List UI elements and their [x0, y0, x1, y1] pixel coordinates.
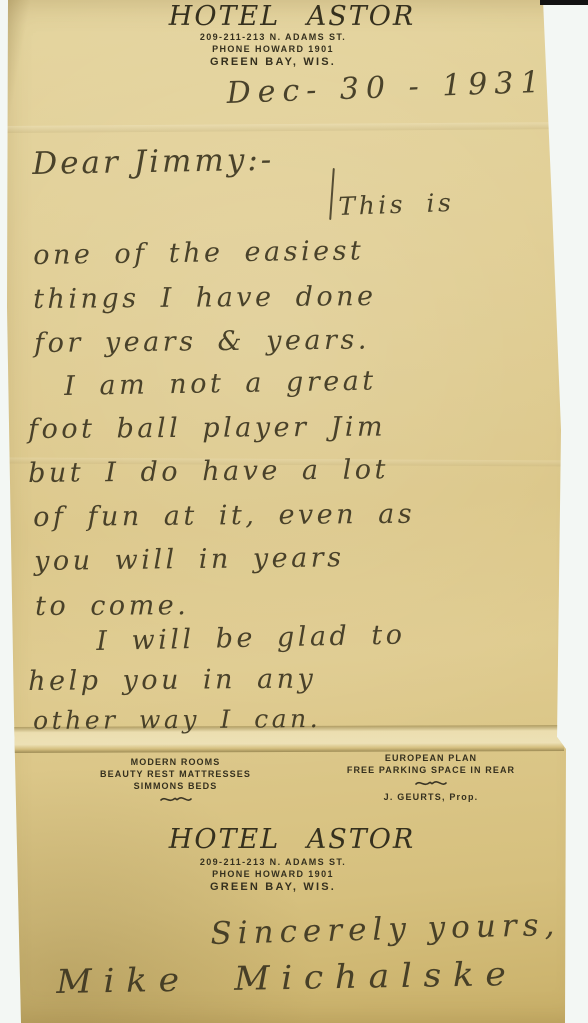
handwriting-line: for years & years.: [34, 324, 370, 359]
footer-amenities-block: MODERN ROOMS BEAUTY REST MATTRESSES SIMM…: [58, 756, 293, 804]
letter-scan: HOTEL ASTOR 209-211-213 N. ADAMS ST. PHO…: [0, 0, 588, 1023]
handwriting-line: I will be glad to: [96, 620, 406, 657]
salutation: Dear Jimmy:-: [32, 142, 275, 182]
footer-plan-block: EUROPEAN PLAN FREE PARKING SPACE IN REAR…: [322, 752, 540, 802]
handwriting-line: to come.: [35, 590, 189, 622]
handwriting-line: one of the easiest: [33, 235, 364, 271]
handwriting-line: you will in years: [34, 542, 345, 577]
handwriting-line: other way I can.: [33, 704, 321, 735]
signature: Mike Michalske: [56, 954, 518, 1001]
footer-line: FREE PARKING SPACE IN REAR: [322, 764, 540, 776]
handwriting-line: help you in any: [28, 663, 316, 697]
city-line: GREEN BAY, WIS.: [108, 56, 438, 69]
valediction: Sincerely yours,: [210, 907, 561, 952]
handwritten-date: Dec- 30 - 1931: [226, 65, 547, 111]
footer-line: BEAUTY REST MATTRESSES: [58, 768, 293, 780]
letter-paper: HOTEL ASTOR 209-211-213 N. ADAMS ST. PHO…: [0, 0, 588, 1023]
flourish-icon: [159, 795, 193, 804]
street-address: 209-211-213 N. ADAMS ST.: [108, 856, 438, 868]
phone-line: PHONE HOWARD 1901: [108, 868, 438, 880]
footer-line: SIMMONS BEDS: [58, 780, 293, 792]
street-address: 209-211-213 N. ADAMS ST.: [108, 31, 438, 43]
handwriting-line: of fun at it, even as: [33, 499, 415, 533]
handwriting-line: I am not a great: [64, 366, 377, 402]
scanner-edge-artifact: [540, 0, 588, 5]
flourish-icon: [414, 779, 448, 788]
hotel-name-bottom: HOTEL ASTOR: [122, 824, 462, 855]
handwriting-line: but I do have a lot: [28, 454, 389, 489]
letterhead-bottom-address-block: 209-211-213 N. ADAMS ST. PHONE HOWARD 19…: [108, 856, 438, 894]
proprietor-line: J. GEURTS, Prop.: [322, 792, 540, 802]
phone-line: PHONE HOWARD 1901: [108, 43, 438, 55]
handwriting-line: things I have done: [33, 281, 377, 315]
handwriting-line: This is: [338, 188, 455, 221]
paper-crease: [0, 122, 588, 133]
letterhead-top-address-block: 209-211-213 N. ADAMS ST. PHONE HOWARD 19…: [108, 31, 438, 69]
footer-line: EUROPEAN PLAN: [322, 752, 540, 764]
pen-stroke: [329, 168, 335, 220]
footer-line: MODERN ROOMS: [58, 756, 293, 768]
city-line: GREEN BAY, WIS.: [108, 881, 438, 894]
hotel-name-top: HOTEL ASTOR: [122, 1, 462, 32]
handwriting-line: foot ball player Jim: [28, 412, 386, 445]
